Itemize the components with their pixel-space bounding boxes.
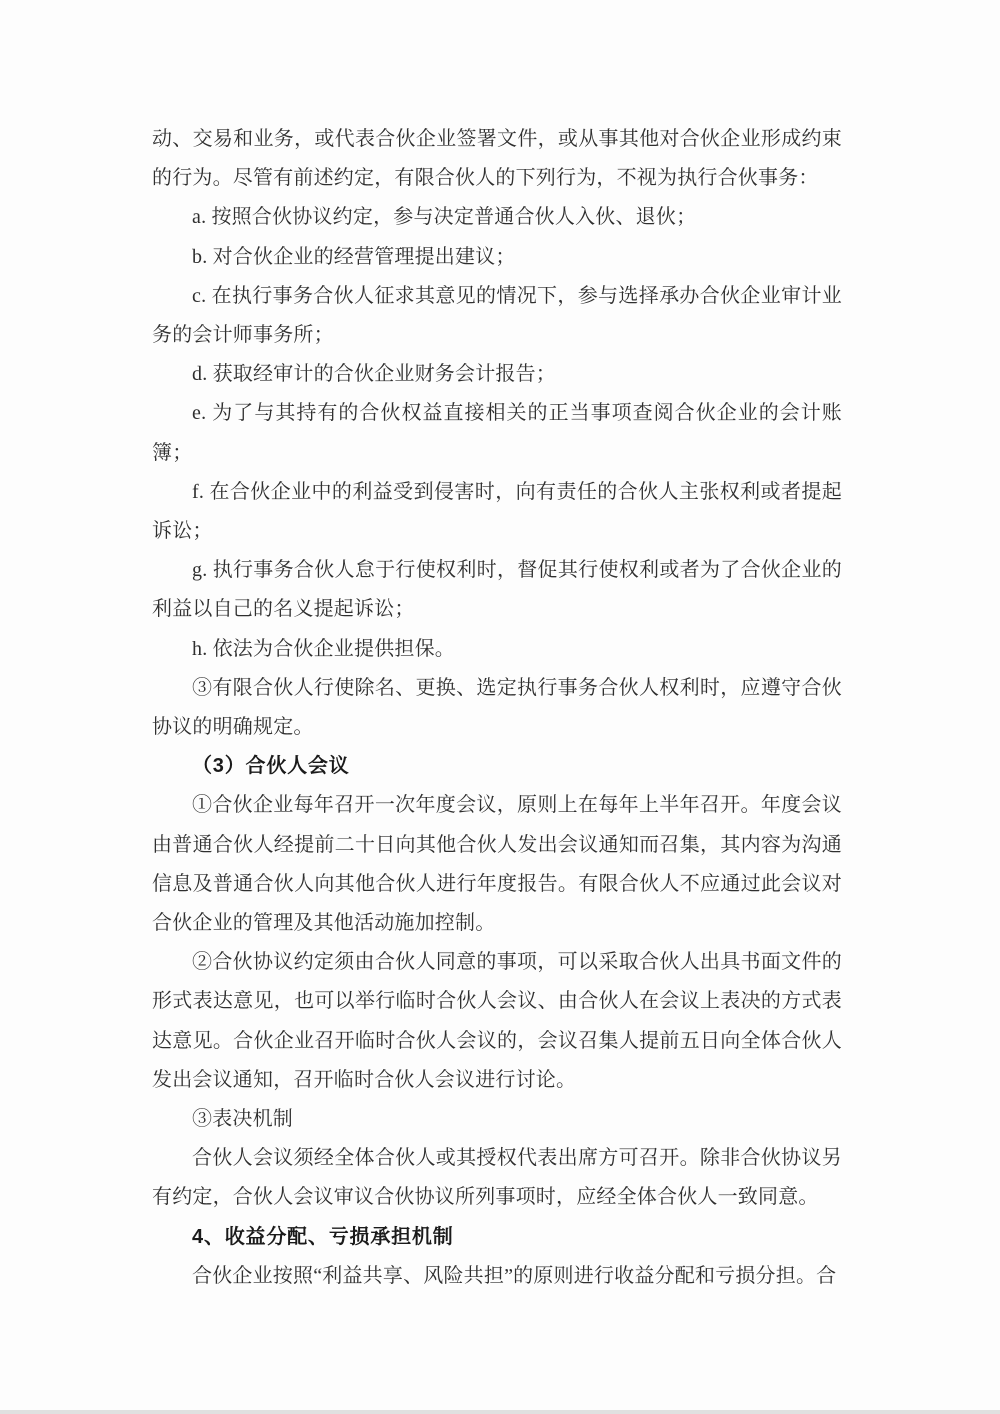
paragraph: ①合伙企业每年召开一次年度会议，原则上在每年上半年召开。年度会议由普通合伙人经提… [152,786,842,943]
paragraph: ③表决机制 [152,1100,842,1139]
paragraph: a. 按照合伙协议约定，参与决定普通合伙人入伙、退伙； [152,198,842,237]
paragraph: 合伙人会议须经全体合伙人或其授权代表出席方可召开。除非合伙协议另有约定，合伙人会… [152,1139,842,1217]
section-heading: （3）合伙人会议 [152,747,842,786]
paragraph: c. 在执行事务合伙人征求其意见的情况下，参与选择承办合伙企业审计业务的会计师事… [152,277,842,355]
paragraph: ②合伙协议约定须由合伙人同意的事项，可以采取合伙人出具书面文件的形式表达意见，也… [152,943,842,1100]
paragraph: 动、交易和业务，或代表合伙企业签署文件，或从事其他对合伙企业形成约束的行为。尽管… [152,120,842,198]
paragraph: g. 执行事务合伙人怠于行使权利时，督促其行使权利或者为了合伙企业的利益以自己的… [152,551,842,629]
paragraph: f. 在合伙企业中的利益受到侵害时，向有责任的合伙人主张权利或者提起诉讼； [152,473,842,551]
paragraph: e. 为了与其持有的合伙权益直接相关的正当事项查阅合伙企业的会计账簿； [152,394,842,472]
paragraph: b. 对合伙企业的经营管理提出建议； [152,238,842,277]
paragraph: h. 依法为合伙企业提供担保。 [152,630,842,669]
paragraph: d. 获取经审计的合伙企业财务会计报告； [152,355,842,394]
section-heading: 4、收益分配、亏损承担机制 [152,1218,842,1257]
document-body: 动、交易和业务，或代表合伙企业签署文件，或从事其他对合伙企业形成约束的行为。尽管… [152,120,842,1296]
paragraph: 合伙企业按照“利益共享、风险共担”的原则进行收益分配和亏损分担。合 [152,1257,842,1296]
scan-bottom-edge-artifact [0,1410,1000,1414]
document-page: 动、交易和业务，或代表合伙企业签署文件，或从事其他对合伙企业形成约束的行为。尽管… [0,0,1000,1414]
paragraph: ③有限合伙人行使除名、更换、选定执行事务合伙人权利时，应遵守合伙协议的明确规定。 [152,669,842,747]
